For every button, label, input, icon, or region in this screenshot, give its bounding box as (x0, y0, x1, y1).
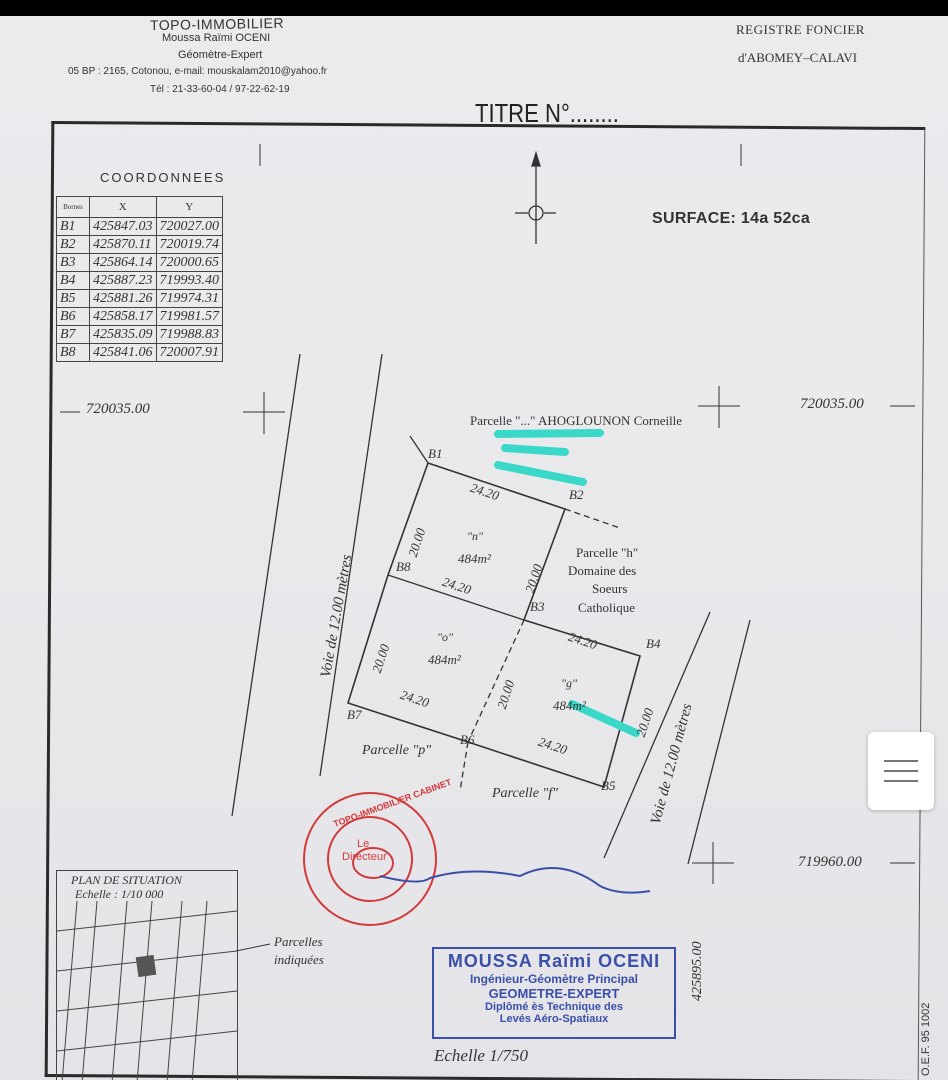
situation-callout-2: indiquées (274, 952, 324, 968)
neighbor-right-4: Catholique (578, 600, 635, 616)
stamp-blue-line4: Diplômé ès Technique des (434, 1001, 674, 1013)
neighbor-bottom: Parcelle "f" (492, 786, 558, 802)
borne-b3: B3 (530, 599, 544, 615)
situation-plan-title: PLAN DE SITUATION (71, 873, 182, 888)
floating-menu-button[interactable] (868, 732, 934, 810)
lot-n-name: "n" (467, 529, 483, 544)
stamp-red-line1: Le (357, 838, 369, 850)
borne-b4: B4 (646, 636, 660, 652)
neighbor-right-2: Domaine des (568, 563, 636, 579)
signature (380, 868, 650, 893)
plan-scale: Echelle 1/750 (434, 1046, 528, 1066)
grid-label-y-left: 720035.00 (86, 401, 150, 418)
grid-label-x-bottom: 425895.00 (690, 942, 706, 1002)
stamp-blue-line3: GEOMETRE-EXPERT (434, 986, 674, 1001)
borne-b2: B2 (569, 487, 583, 503)
grid-label-y-right: 720035.00 (800, 396, 864, 413)
borne-b8: B8 (396, 559, 410, 575)
situation-callout-1: Parcelles (274, 934, 323, 950)
borne-b6: B6 (460, 732, 474, 748)
surveyor-stamp: MOUSSA Raïmi OCENI Ingénieur-Géomètre Pr… (432, 947, 676, 1039)
neighbor-right-3: Soeurs (592, 581, 627, 597)
neighbor-bottom-left: Parcelle "p" (362, 743, 431, 759)
lot-g-area: 484m² (553, 698, 586, 714)
borne-b1: B1 (428, 446, 442, 462)
lot-g-name: "g" (561, 676, 577, 691)
hamburger-line (884, 780, 918, 782)
neighbor-top: Parcelle "..." AHOGLOUNON Corneille (470, 413, 682, 429)
borne-b7: B7 (347, 707, 361, 723)
stamp-blue-line1: MOUSSA Raïmi OCENI (434, 951, 674, 972)
stamp-blue-line5: Levés Aéro-Spatiaux (434, 1013, 674, 1025)
hamburger-line (884, 770, 918, 772)
lot-n-area: 484m² (458, 551, 491, 567)
margin-note: O.E.F. 95 1002 (920, 1003, 932, 1076)
stamp-red-line2: Directeur (342, 851, 387, 863)
grid-label-y-bottom: 719960.00 (798, 854, 862, 871)
document-page: TOPO-IMMOBILIER Moussa Raïmi OCENI Géomè… (0, 16, 948, 1080)
borne-b5: B5 (601, 778, 615, 794)
neighbor-right-1: Parcelle "h" (576, 545, 638, 561)
lot-o-name: "o" (437, 630, 453, 645)
hamburger-menu-icon (884, 760, 918, 762)
situation-map (57, 901, 237, 1080)
north-arrow-icon (515, 153, 556, 244)
lot-o-area: 484m² (428, 652, 461, 668)
situation-plan: PLAN DE SITUATION Echelle : 1/10 000 (56, 870, 238, 1080)
stamp-blue-line2: Ingénieur-Géomètre Principal (434, 972, 674, 986)
situation-plan-scale: Echelle : 1/10 000 (75, 887, 163, 902)
status-bar (0, 0, 948, 16)
